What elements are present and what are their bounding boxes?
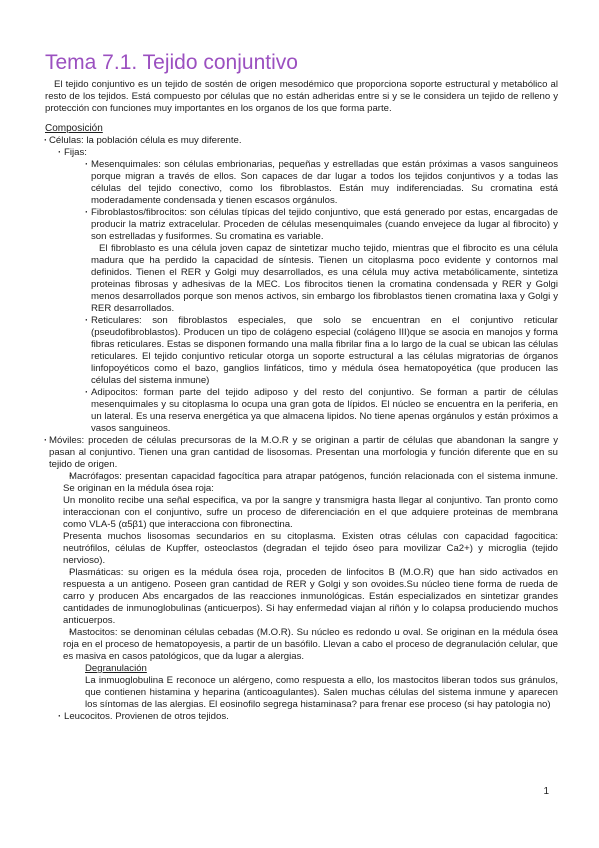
list-item-macrofagos: Macrófagos: presentan capacidad fagocíti… bbox=[45, 471, 558, 495]
intro-paragraph: El tejido conjuntivo es un tejido de sos… bbox=[45, 79, 558, 115]
list-item-leucocitos: Leucocitos. Provienen de otros tejidos. bbox=[45, 711, 558, 723]
list-item-adipocitos: Adipocitos: forman parte del tejido adip… bbox=[45, 387, 558, 435]
list-item-mesenquimales: Mesenquimales: son células embrionarias,… bbox=[45, 159, 558, 207]
list-item-moviles: Móviles: proceden de células precursoras… bbox=[45, 435, 558, 471]
list-item-reticulares: Reticulares: son fibroblastos especiales… bbox=[45, 315, 558, 387]
list-item-fijas: Fijas: bbox=[45, 147, 558, 159]
paragraph-macrofagos-detail-2: Presenta muchos lisosomas secundarios en… bbox=[45, 531, 558, 567]
paragraph-degranulacion-detail: La inmuoglobulina E reconoce un alérgeno… bbox=[45, 675, 558, 711]
list-item-celulas: Células: la población célula es muy dife… bbox=[45, 135, 558, 147]
document-content: Tema 7.1. Tejido conjuntivo El tejido co… bbox=[45, 50, 558, 723]
section-heading-composicion: Composición bbox=[45, 123, 558, 135]
page-number: 1 bbox=[543, 786, 549, 797]
list-item-plasmaticas: Plasmáticas: su origen es la médula ósea… bbox=[45, 567, 558, 627]
list-item-mastocitos: Mastocitos: se denominan células cebadas… bbox=[45, 627, 558, 663]
document-page: Tema 7.1. Tejido conjuntivo El tejido co… bbox=[0, 0, 599, 848]
paragraph-macrofagos-detail-1: Un monolito recibe una señal especifica,… bbox=[45, 495, 558, 531]
page-title: Tema 7.1. Tejido conjuntivo bbox=[45, 50, 558, 76]
paragraph-fibroblasto-detail: El fibroblasto es una célula joven capaz… bbox=[45, 243, 558, 315]
list-item-fibroblastos: Fibroblastos/fibrocitos: son células típ… bbox=[45, 207, 558, 243]
subheading-degranulacion: Degranulación bbox=[45, 663, 558, 675]
